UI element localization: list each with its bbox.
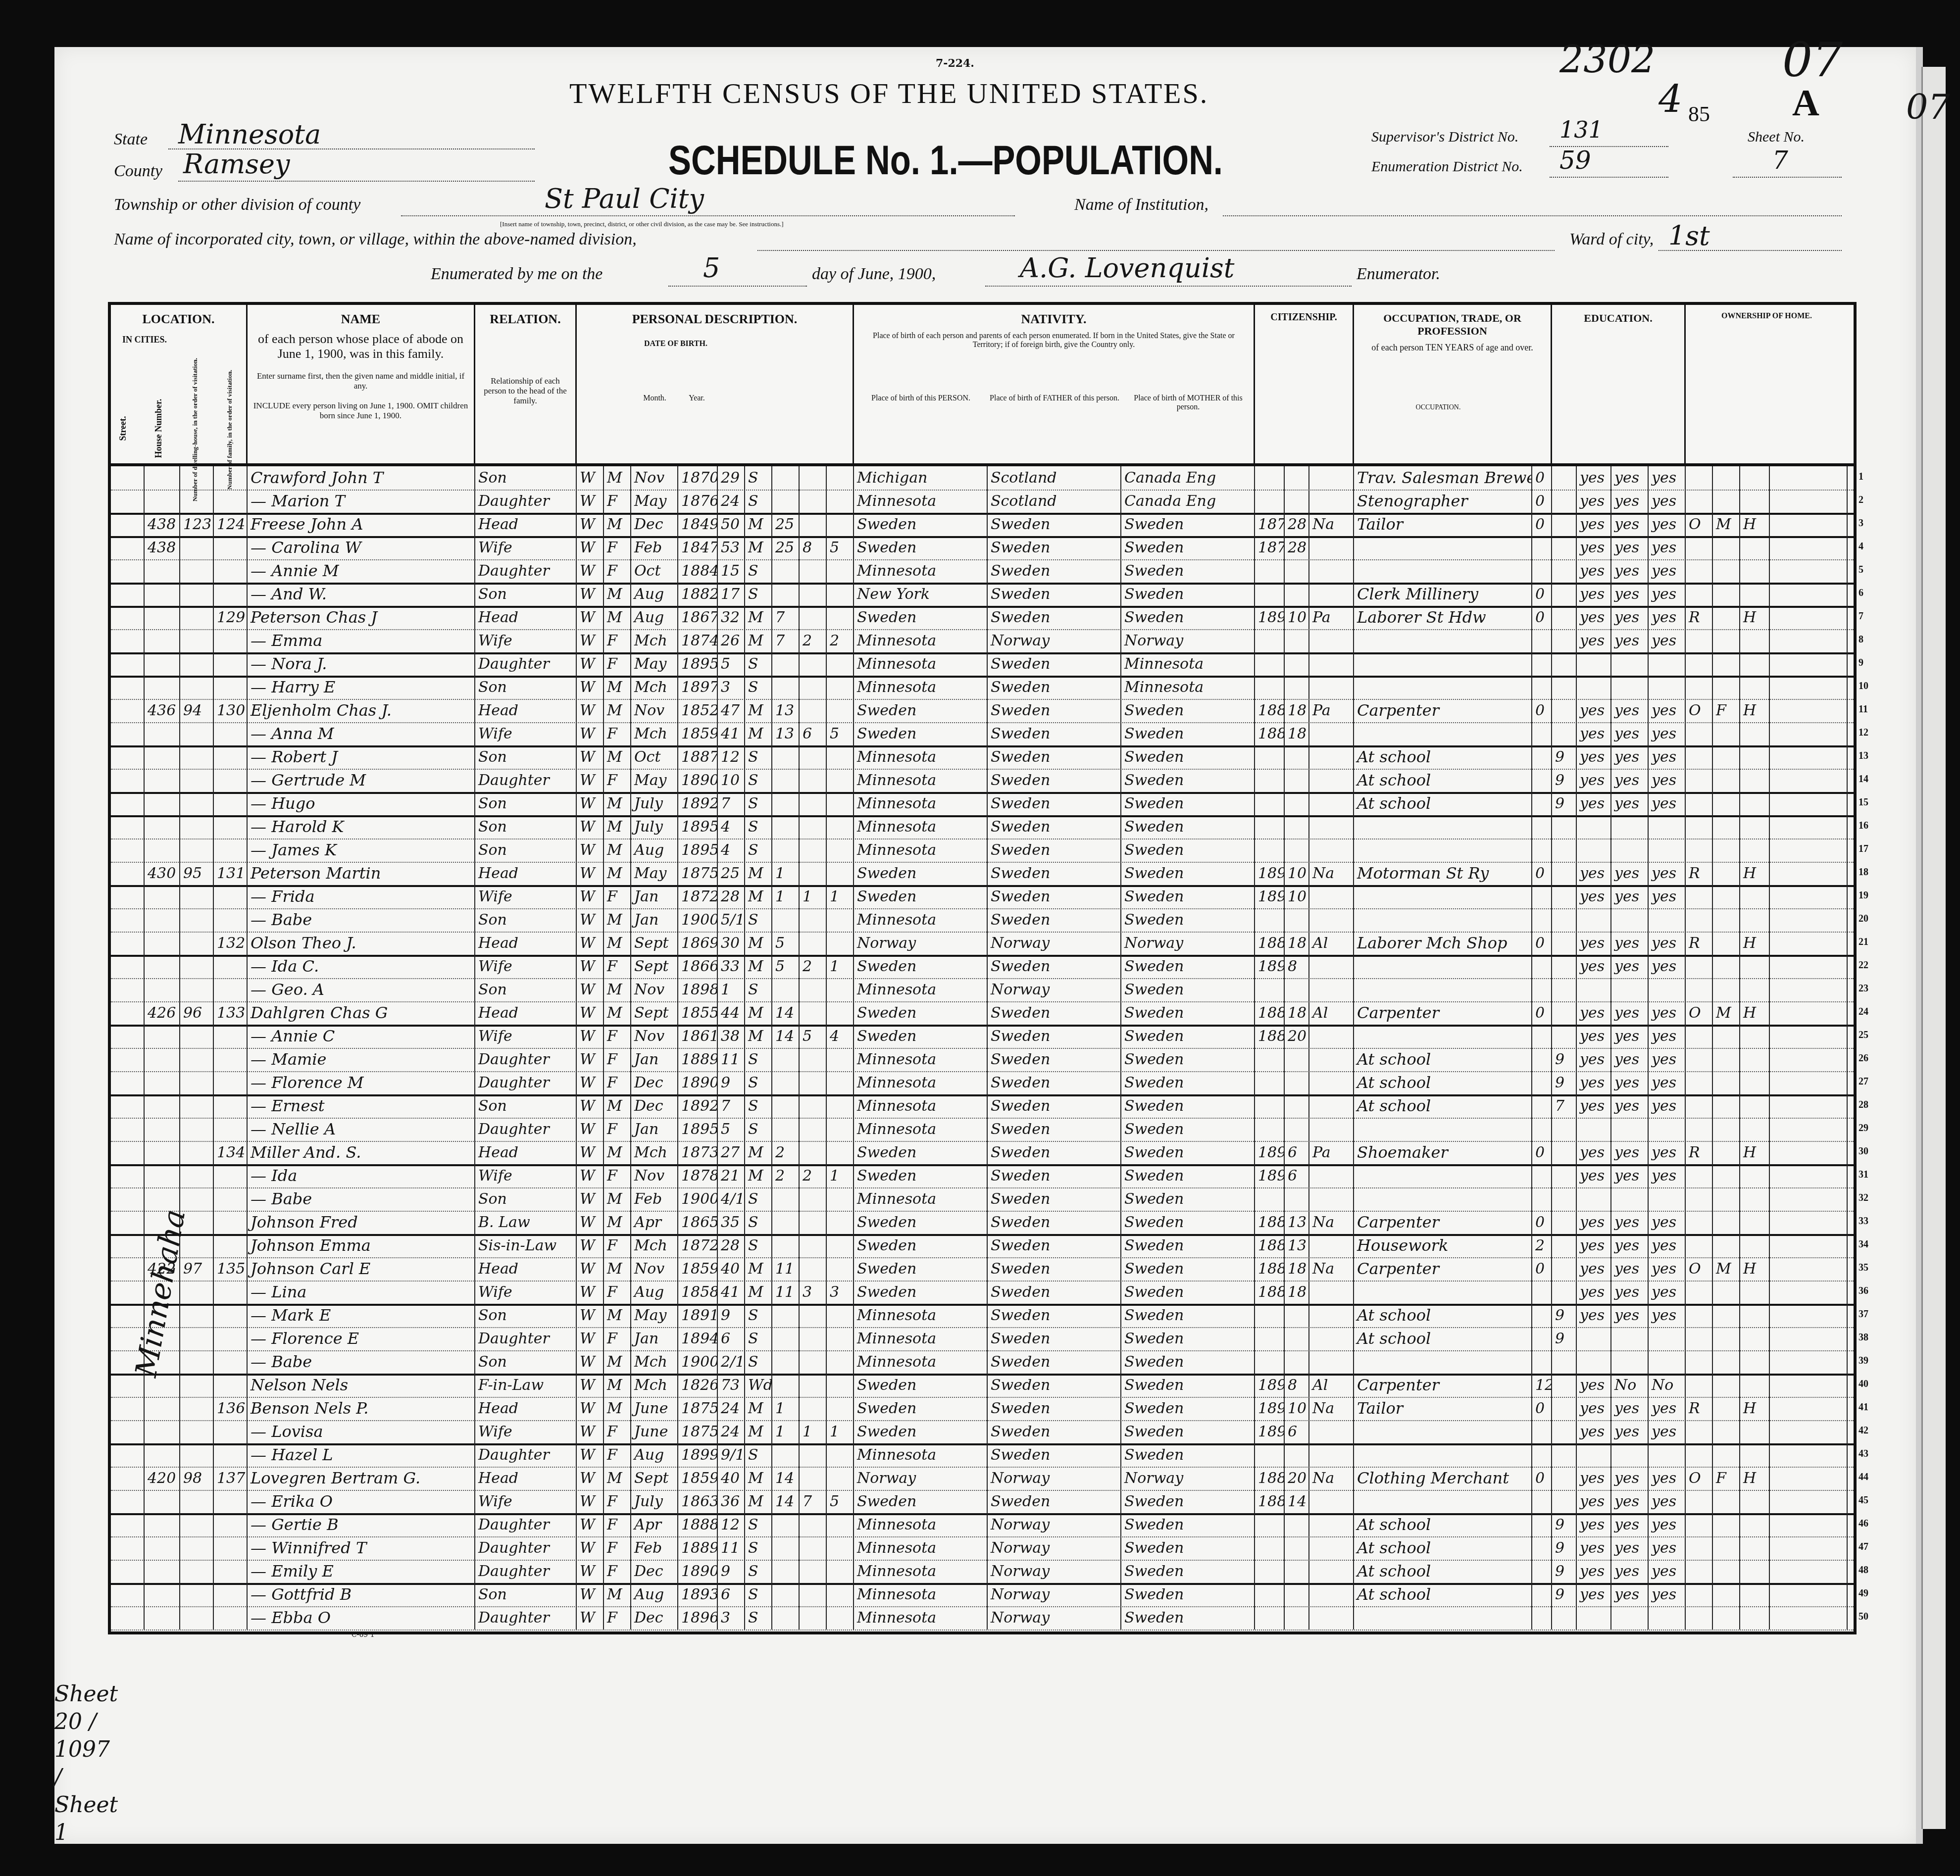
cell-occ — [1354, 1025, 1532, 1048]
cell-free — [1713, 466, 1740, 490]
cell-write: yes — [1611, 1490, 1649, 1513]
cell-ym — [772, 792, 800, 815]
cell-sched — [1770, 1164, 1848, 1187]
cell-month: Mch — [631, 1234, 678, 1257]
cell-free — [1713, 932, 1740, 955]
cell-free — [1713, 1304, 1740, 1327]
cell-imm — [1255, 839, 1285, 862]
cell-eng: yes — [1649, 699, 1686, 722]
cell-dwelling — [180, 1141, 214, 1164]
cell-free — [1713, 839, 1740, 862]
cell-street — [111, 862, 145, 885]
state-label: State — [114, 130, 148, 149]
cell-age: 28 — [718, 885, 745, 908]
cell-house — [145, 1420, 180, 1443]
cell-pob: Minnesota — [854, 1560, 988, 1583]
cell-street — [111, 1094, 145, 1118]
cell-write: yes — [1611, 559, 1649, 583]
cell-nat: Na — [1309, 862, 1354, 885]
cell-family — [214, 745, 248, 769]
table-row: — LovisaWifeWFJune187524M111SwedenSweden… — [111, 1420, 1854, 1445]
cell-yrs: 6 — [1285, 1141, 1309, 1164]
cell-living — [827, 792, 854, 815]
cell-color: W — [577, 769, 604, 792]
cell-farm — [1740, 1048, 1770, 1071]
cell-living: 1 — [827, 1164, 854, 1187]
cell-marital: M — [745, 536, 772, 559]
county-underline — [178, 181, 535, 182]
cell-school — [1552, 862, 1577, 885]
cell-unemp — [1532, 1071, 1552, 1094]
cell-school: 9 — [1552, 792, 1577, 815]
cell-sched — [1770, 1048, 1848, 1071]
cell-month: Aug — [631, 1583, 678, 1606]
cell-mother — [800, 978, 827, 1001]
cell-unemp — [1532, 1583, 1552, 1606]
cell-own: R — [1686, 606, 1713, 629]
cell-house — [145, 1606, 180, 1629]
cell-pob: Sweden — [854, 1420, 988, 1443]
cell-sex: F — [604, 722, 631, 745]
cell-unemp: 0 — [1532, 1257, 1552, 1281]
cell-age: 53 — [718, 536, 745, 559]
cell-living: 4 — [827, 1025, 854, 1048]
cell-relation: Wife — [475, 955, 577, 978]
cell-farm — [1740, 1164, 1770, 1187]
cell-read — [1577, 676, 1611, 699]
cell-ym — [772, 839, 800, 862]
cell-relation: Son — [475, 1187, 577, 1211]
cell-year: 1900 — [678, 1350, 718, 1374]
cell-occ: Stenographer — [1354, 490, 1532, 513]
cell-free — [1713, 1374, 1740, 1397]
cell-house — [145, 932, 180, 955]
population-table: LOCATION. IN CITIES. Street. House Numbe… — [108, 302, 1857, 1634]
cell-unemp: 0 — [1532, 699, 1552, 722]
cell-pof: Sweden — [988, 839, 1121, 862]
cell-eng: yes — [1649, 606, 1686, 629]
cell-read — [1577, 1606, 1611, 1629]
cell-month: Sept — [631, 1001, 678, 1025]
table-row: — Gottfrid BSonWMAug18936SMinnesotaNorwa… — [111, 1583, 1854, 1607]
cell-family — [214, 1350, 248, 1374]
cell-pom: Sweden — [1121, 955, 1255, 978]
cell-farm — [1740, 652, 1770, 676]
cell-street — [111, 1164, 145, 1187]
cell-unemp — [1532, 1025, 1552, 1048]
cell-read: yes — [1577, 1281, 1611, 1304]
cell-color: W — [577, 792, 604, 815]
cell-pob: Minnesota — [854, 490, 988, 513]
line-number: 1 — [1859, 471, 1863, 483]
cell-name: — Erika O — [248, 1490, 475, 1513]
cell-street — [111, 1187, 145, 1211]
cell-age: 25 — [718, 862, 745, 885]
cell-nat — [1309, 908, 1354, 932]
cell-pom: Sweden — [1121, 1048, 1255, 1071]
cell-sched — [1770, 955, 1848, 978]
cell-occ: At school — [1354, 1560, 1532, 1583]
line-number: 45 — [1859, 1495, 1868, 1506]
cell-pof: Sweden — [988, 536, 1121, 559]
cell-read: yes — [1577, 1234, 1611, 1257]
cell-sched — [1770, 490, 1848, 513]
cell-year: 1873 — [678, 1141, 718, 1164]
cell-yrs: 10 — [1285, 862, 1309, 885]
cell-year: 1861 — [678, 1025, 718, 1048]
cell-imm: 1886 — [1255, 1234, 1285, 1257]
cell-occ — [1354, 839, 1532, 862]
cell-pom: Sweden — [1121, 1397, 1255, 1420]
cell-month: Aug — [631, 1281, 678, 1304]
cell-read: yes — [1577, 513, 1611, 536]
cell-year: 1875 — [678, 862, 718, 885]
cell-living — [827, 1234, 854, 1257]
cell-yrs — [1285, 908, 1309, 932]
cell-ym: 14 — [772, 1490, 800, 1513]
cell-read: yes — [1577, 1141, 1611, 1164]
table-row: — ErnestSonWMDec18927SMinnesotaSwedenSwe… — [111, 1094, 1854, 1119]
cell-pom: Sweden — [1121, 513, 1255, 536]
cell-pom: Sweden — [1121, 908, 1255, 932]
cell-relation: Head — [475, 932, 577, 955]
cell-mother — [800, 1350, 827, 1374]
cell-pom: Norway — [1121, 1467, 1255, 1490]
cell-unemp — [1532, 559, 1552, 583]
cell-dwelling — [180, 932, 214, 955]
cell-family — [214, 1048, 248, 1071]
table-row: Johnson EmmaSis-in-LawWFMch187228SSweden… — [111, 1234, 1854, 1258]
cell-age: 11 — [718, 1048, 745, 1071]
cell-dwelling — [180, 652, 214, 676]
cell-mother — [800, 792, 827, 815]
cell-read: yes — [1577, 1257, 1611, 1281]
cell-age: 32 — [718, 606, 745, 629]
cell-occ: At school — [1354, 792, 1532, 815]
table-row: — Annie MDaughterWFOct188415SMinnesotaSw… — [111, 559, 1854, 585]
cell-unemp — [1532, 978, 1552, 1001]
cell-house — [145, 1583, 180, 1606]
cell-name: Eljenholm Chas J. — [248, 699, 475, 722]
cell-pom: Sweden — [1121, 1327, 1255, 1350]
cell-ym — [772, 466, 800, 490]
cell-street — [111, 629, 145, 652]
cell-eng: yes — [1649, 1513, 1686, 1536]
cell-dwelling — [180, 583, 214, 606]
cell-nat — [1309, 1048, 1354, 1071]
cell-name: — Nellie A — [248, 1118, 475, 1141]
cell-family — [214, 1374, 248, 1397]
cell-family — [214, 839, 248, 862]
sheet-underline — [1733, 177, 1842, 178]
cell-nat — [1309, 652, 1354, 676]
cell-name: — Gottfrid B — [248, 1583, 475, 1606]
cell-mother — [800, 745, 827, 769]
cell-family — [214, 792, 248, 815]
cell-color: W — [577, 932, 604, 955]
cell-own — [1686, 745, 1713, 769]
cell-yrs: 20 — [1285, 1467, 1309, 1490]
cell-occ: At school — [1354, 769, 1532, 792]
cell-sex: M — [604, 513, 631, 536]
cell-relation: Wife — [475, 1420, 577, 1443]
cell-imm: 1881 — [1255, 932, 1285, 955]
line-number: 15 — [1859, 797, 1868, 808]
table-row: — Anna MWifeWFMch185941M1365SwedenSweden… — [111, 722, 1854, 747]
cell-imm — [1255, 1536, 1285, 1560]
cell-read: yes — [1577, 466, 1611, 490]
cell-dwelling: 123 — [180, 513, 214, 536]
cell-ym — [772, 559, 800, 583]
cell-ym: 1 — [772, 862, 800, 885]
cell-pof: Sweden — [988, 722, 1121, 745]
cell-age: 7 — [718, 1094, 745, 1118]
cell-house — [145, 466, 180, 490]
cell-free — [1713, 769, 1740, 792]
cell-age: 36 — [718, 1490, 745, 1513]
cell-imm: 1882 — [1255, 1257, 1285, 1281]
sheet-label: Sheet No. — [1748, 129, 1805, 146]
cell-own: R — [1686, 862, 1713, 885]
cell-occ — [1354, 885, 1532, 908]
cell-nat — [1309, 722, 1354, 745]
annotation-top-right-2: 07 — [1906, 87, 1950, 127]
cell-unemp — [1532, 1560, 1552, 1583]
cell-color: W — [577, 466, 604, 490]
cell-house: 420 — [145, 1467, 180, 1490]
cell-sched — [1770, 1001, 1848, 1025]
cell-color: W — [577, 1490, 604, 1513]
cell-own — [1686, 815, 1713, 839]
cell-house — [145, 652, 180, 676]
cell-dwelling — [180, 1187, 214, 1211]
stamp-letter: A — [1792, 82, 1819, 125]
cell-house — [145, 1071, 180, 1094]
cell-month: June — [631, 1420, 678, 1443]
cell-eng — [1649, 676, 1686, 699]
cell-year: 1892 — [678, 792, 718, 815]
cell-farm — [1740, 1536, 1770, 1560]
cell-sched — [1770, 676, 1848, 699]
cell-school — [1552, 1397, 1577, 1420]
cell-family — [214, 722, 248, 745]
cell-year: 1899 — [678, 1443, 718, 1467]
cell-school — [1552, 466, 1577, 490]
cell-year: 1852 — [678, 699, 718, 722]
cell-nat — [1309, 745, 1354, 769]
cell-living — [827, 769, 854, 792]
cell-month: Dec — [631, 1560, 678, 1583]
cell-mother — [800, 1187, 827, 1211]
cell-year: 1875 — [678, 1420, 718, 1443]
cell-ym — [772, 1513, 800, 1536]
cell-relation: Head — [475, 1001, 577, 1025]
cell-sex: M — [604, 606, 631, 629]
cell-sex: F — [604, 1048, 631, 1071]
cell-relation: Wife — [475, 1281, 577, 1304]
cell-dwelling — [180, 466, 214, 490]
cell-marital: M — [745, 629, 772, 652]
cell-month: Dec — [631, 513, 678, 536]
cell-yrs — [1285, 676, 1309, 699]
cell-dwelling — [180, 1443, 214, 1467]
cell-relation: Daughter — [475, 1071, 577, 1094]
line-number: 38 — [1859, 1332, 1868, 1343]
cell-own — [1686, 1048, 1713, 1071]
cell-pob: Minnesota — [854, 908, 988, 932]
cell-name: — Babe — [248, 908, 475, 932]
cell-age: 17 — [718, 583, 745, 606]
cell-mother — [800, 1443, 827, 1467]
cell-free — [1713, 1234, 1740, 1257]
cell-mother — [800, 908, 827, 932]
cell-write: yes — [1611, 745, 1649, 769]
cell-sex: F — [604, 559, 631, 583]
cell-occ: Carpenter — [1354, 1211, 1532, 1234]
cell-unemp — [1532, 1606, 1552, 1629]
cell-farm — [1740, 1420, 1770, 1443]
cell-name: Johnson Emma — [248, 1234, 475, 1257]
cell-farm — [1740, 769, 1770, 792]
cell-pom: Sweden — [1121, 1443, 1255, 1467]
cell-own — [1686, 1281, 1713, 1304]
cell-family: 132 — [214, 932, 248, 955]
cell-mother — [800, 466, 827, 490]
cell-pob: Minnesota — [854, 1118, 988, 1141]
cell-free — [1713, 1187, 1740, 1211]
cell-pom: Sweden — [1121, 1281, 1255, 1304]
cell-read — [1577, 1350, 1611, 1374]
cell-pob: Sweden — [854, 1281, 988, 1304]
cell-farm: H — [1740, 1397, 1770, 1420]
cell-mother — [800, 490, 827, 513]
cell-year: 1889 — [678, 1048, 718, 1071]
cell-free — [1713, 792, 1740, 815]
cell-sex: M — [604, 1001, 631, 1025]
cell-marital: S — [745, 792, 772, 815]
cell-street — [111, 536, 145, 559]
cell-pom: Canada Eng — [1121, 466, 1255, 490]
cell-age: 29 — [718, 466, 745, 490]
cell-yrs: 10 — [1285, 606, 1309, 629]
cell-sex: M — [604, 815, 631, 839]
cell-marital: S — [745, 745, 772, 769]
line-number: 37 — [1859, 1309, 1868, 1320]
cell-marital: M — [745, 1281, 772, 1304]
cell-family — [214, 1536, 248, 1560]
cell-color: W — [577, 652, 604, 676]
cell-mother — [800, 559, 827, 583]
cell-dwelling — [180, 1071, 214, 1094]
line-number: 40 — [1859, 1379, 1868, 1390]
table-row: Nelson NelsF-in-LawWMMch182673WdSwedenSw… — [111, 1374, 1854, 1398]
cell-school: 9 — [1552, 1513, 1577, 1536]
cell-color: W — [577, 1001, 604, 1025]
cell-family — [214, 955, 248, 978]
cell-read: yes — [1577, 1071, 1611, 1094]
enumeration-value: 59 — [1559, 146, 1591, 175]
cell-color: W — [577, 745, 604, 769]
cell-street — [111, 466, 145, 490]
cell-living — [827, 676, 854, 699]
cell-living: 1 — [827, 955, 854, 978]
cell-own — [1686, 1583, 1713, 1606]
cell-month: Nov — [631, 699, 678, 722]
cell-pof: Sweden — [988, 1001, 1121, 1025]
cell-own — [1686, 1443, 1713, 1467]
cell-own — [1686, 1118, 1713, 1141]
cell-sex: M — [604, 1141, 631, 1164]
cell-farm — [1740, 1094, 1770, 1118]
cell-school — [1552, 1420, 1577, 1443]
cell-pof: Sweden — [988, 1350, 1121, 1374]
cell-read: yes — [1577, 606, 1611, 629]
cell-nat — [1309, 1583, 1354, 1606]
cell-imm — [1255, 1094, 1285, 1118]
cell-free — [1713, 1397, 1740, 1420]
cell-sched — [1770, 1141, 1848, 1164]
cell-year: 1890 — [678, 1560, 718, 1583]
cell-family: 131 — [214, 862, 248, 885]
cell-imm: 1882 — [1255, 1001, 1285, 1025]
cell-own — [1686, 676, 1713, 699]
cell-house — [145, 606, 180, 629]
cell-street — [111, 1513, 145, 1536]
cell-nat — [1309, 1327, 1354, 1350]
cell-house — [145, 1118, 180, 1141]
cell-write — [1611, 652, 1649, 676]
cell-farm — [1740, 1583, 1770, 1606]
cell-dwelling: 98 — [180, 1467, 214, 1490]
cell-relation: Son — [475, 745, 577, 769]
cell-name: — James K — [248, 839, 475, 862]
cell-pob: Sweden — [854, 536, 988, 559]
cell-street — [111, 699, 145, 722]
cell-own: O — [1686, 513, 1713, 536]
ward-value: 1st — [1668, 220, 1710, 251]
cell-mother — [800, 1141, 827, 1164]
cell-pof: Sweden — [988, 652, 1121, 676]
annotation-mark: 4 — [1658, 77, 1682, 121]
cell-eng: yes — [1649, 862, 1686, 885]
cell-mother — [800, 606, 827, 629]
cell-living — [827, 1048, 854, 1071]
cell-free — [1713, 1490, 1740, 1513]
cell-name: — Ida C. — [248, 955, 475, 978]
cell-eng: yes — [1649, 513, 1686, 536]
cell-eng: yes — [1649, 932, 1686, 955]
cell-free: M — [1713, 1001, 1740, 1025]
cell-dwelling — [180, 606, 214, 629]
cell-marital: M — [745, 699, 772, 722]
cell-free — [1713, 1606, 1740, 1629]
cell-free: F — [1713, 1467, 1740, 1490]
cell-mother — [800, 1513, 827, 1536]
cell-write: yes — [1611, 1513, 1649, 1536]
cell-pom: Sweden — [1121, 1001, 1255, 1025]
cell-occ — [1354, 536, 1532, 559]
cell-own — [1686, 769, 1713, 792]
cell-mother — [800, 1048, 827, 1071]
cell-pob: Minnesota — [854, 1094, 988, 1118]
cell-living: 5 — [827, 722, 854, 745]
cell-year: 1892 — [678, 1094, 718, 1118]
margin-note-bottom: Sheet 20 / 1097 / Sheet 1 — [54, 1680, 109, 1847]
table-row: — Ida C.WifeWFSept186633M521SwedenSweden… — [111, 955, 1854, 979]
cell-yrs — [1285, 815, 1309, 839]
cell-marital: M — [745, 932, 772, 955]
cell-own — [1686, 1536, 1713, 1560]
